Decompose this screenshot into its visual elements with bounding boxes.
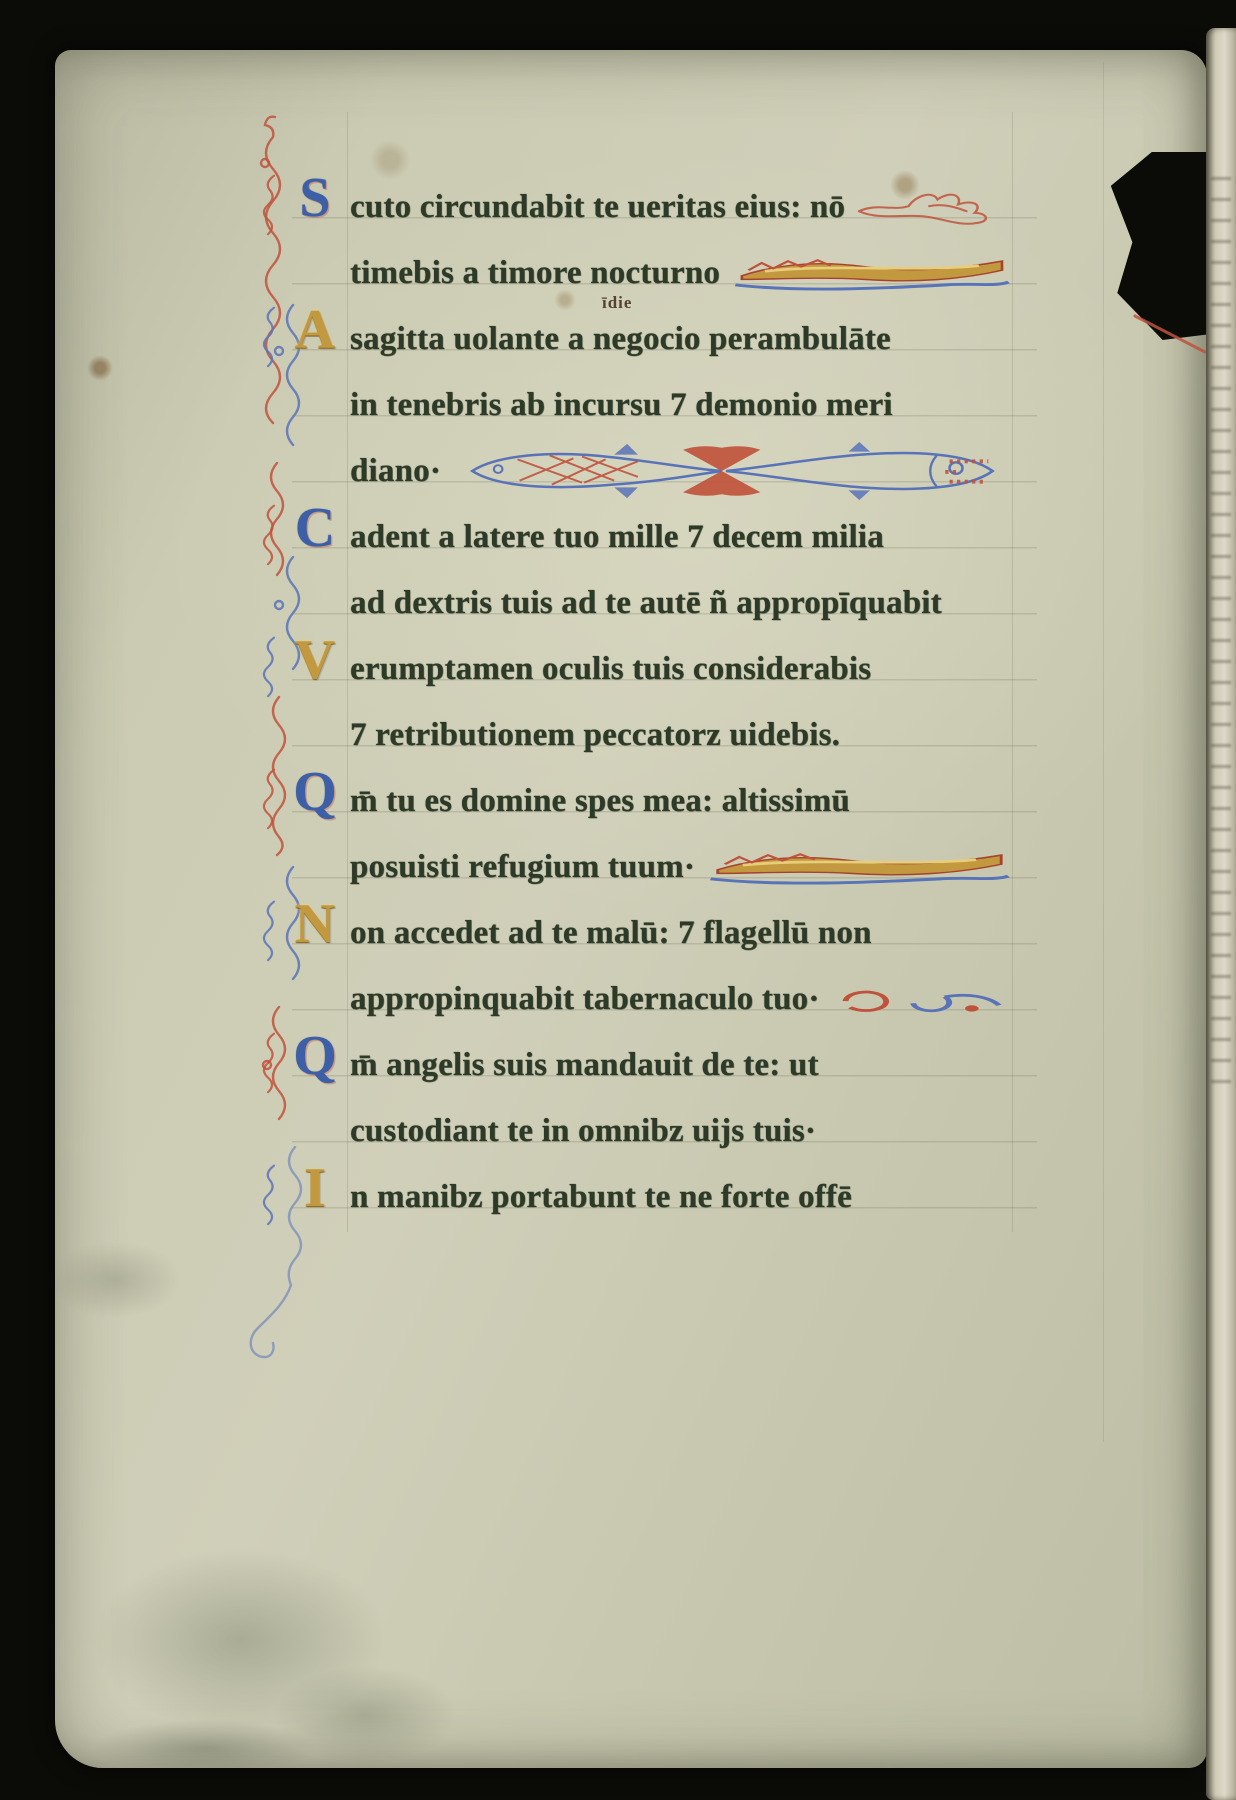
penwork-flourish-icon — [260, 766, 284, 830]
psalm-text: appropinquabit tabernaculo tuo· — [350, 983, 820, 1016]
psalm-text: ad dextris tuis ad te autē ñ appropīquab… — [350, 587, 942, 620]
psalm-text: posuisti refugium tuum· — [350, 851, 695, 884]
manuscript-line: timebis a timore nocturno — [350, 240, 1012, 306]
psalm-text: timebis a timore nocturno — [350, 257, 720, 290]
illuminated-initial: S — [284, 167, 346, 229]
psalm-text: in tenebris ab incursu 7 demonio meri — [350, 389, 893, 422]
manuscript-line: in tenebris ab incursu 7 demonio meri — [350, 372, 1012, 438]
gold-banner-ornament — [707, 846, 1012, 888]
manuscript-line: appropinquabit tabernaculo tuo· — [350, 966, 1012, 1032]
psalm-text: sagitta uolante a negocio perambulāte — [350, 323, 891, 356]
manuscript-line: Qm̄ angelis suis mandauit de te: ut — [350, 1032, 1012, 1098]
manuscript-photograph: Scuto circundabit te ueritas eius: nō ti… — [0, 0, 1236, 1800]
psalm-text: erumptamen oculis tuis considerabis — [350, 653, 871, 686]
penwork-flourish-icon — [260, 172, 284, 236]
manuscript-line: In manibz portabunt te ne forte offē — [350, 1164, 1012, 1230]
illuminated-initial: C — [284, 497, 346, 559]
manuscript-line: posuisti refugium tuum· — [350, 834, 1012, 900]
interlinear-gloss: īdie — [602, 293, 632, 313]
penwork-flourish-icon — [260, 304, 284, 368]
psalm-text: n manibz portabunt te ne forte offē — [350, 1181, 852, 1214]
penwork-flourish-icon — [260, 1162, 284, 1226]
illuminated-initial: Q — [284, 1025, 346, 1087]
fish-pair-ornament — [453, 442, 1012, 500]
gold-banner-ornament — [732, 252, 1012, 294]
manuscript-line: Aīdiesagitta uolante a negocio perambulā… — [350, 306, 1012, 372]
manuscript-line: Cadent a latere tuo mille 7 decem milia — [350, 504, 1012, 570]
psalm-text: m̄ tu es domine spes mea: altissimū — [350, 785, 850, 818]
psalm-text: m̄ angelis suis mandauit de te: ut — [350, 1049, 819, 1082]
text-block: Scuto circundabit te ueritas eius: nō ti… — [350, 174, 1012, 1230]
facing-page-edge — [1206, 28, 1236, 1800]
penwork-flourish-icon — [260, 634, 284, 698]
red-squiggle-ornament — [857, 186, 1012, 228]
psalm-text: cuto circundabit te ueritas eius: nō — [350, 191, 845, 224]
psalm-text: diano· — [350, 455, 441, 488]
psalm-text: on accedet ad te malū: 7 flagellū non — [350, 917, 872, 950]
psalm-text: custodiant te in omnibz uijs tuis· — [350, 1115, 816, 1148]
psalm-text: 7 retributionem peccatorz uidebis. — [350, 719, 840, 752]
manuscript-line: 7 retributionem peccatorz uidebis. — [350, 702, 1012, 768]
manuscript-line: diano· — [350, 438, 1012, 504]
manuscript-line: Non accedet ad te malū: 7 flagellū non — [350, 900, 1012, 966]
penwork-flourish-icon — [260, 502, 284, 566]
manuscript-line: custodiant te in omnibz uijs tuis· — [350, 1098, 1012, 1164]
manuscript-line: Scuto circundabit te ueritas eius: nō — [350, 174, 1012, 240]
illuminated-initial: I — [284, 1157, 346, 1219]
manuscript-line: Qm̄ tu es domine spes mea: altissimū — [350, 768, 1012, 834]
manuscript-line: ad dextris tuis ad te autē ñ appropīquab… — [350, 570, 1012, 636]
small-scroll-ornament — [832, 978, 1012, 1020]
psalm-text: adent a latere tuo mille 7 decem milia — [350, 521, 884, 554]
penwork-flourish-icon — [260, 898, 284, 962]
penwork-flourish-icon — [260, 1030, 284, 1094]
illuminated-initial: A — [284, 299, 346, 361]
illuminated-initial: Q — [284, 761, 346, 823]
facing-page-ghost-text — [1211, 168, 1231, 1088]
illuminated-initial: V — [284, 629, 346, 691]
manuscript-line: Verumptamen oculis tuis considerabis — [350, 636, 1012, 702]
illuminated-initial: N — [284, 893, 346, 955]
